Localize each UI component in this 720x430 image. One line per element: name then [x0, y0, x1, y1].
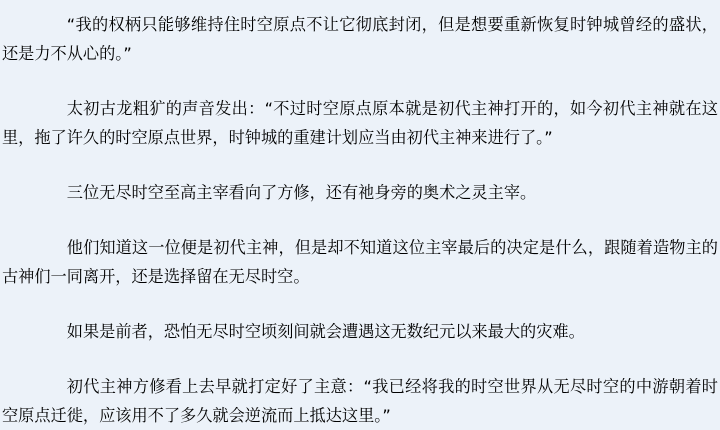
- novel-paragraph: “我的权柄只能够维持住时空原点不让它彻底封闭，但是想要重新恢复时钟城曾经的盛状，…: [2, 10, 718, 68]
- novel-paragraph: 太初古龙粗犷的声音发出：“不过时空原点原本就是初代主神打开的，如今初代主神就在这…: [2, 94, 718, 152]
- novel-paragraph: 初代主神方修看上去早就打定好了主意：“我已经将我的时空世界从无尽时空的中游朝着时…: [2, 372, 718, 430]
- novel-paragraph: 三位无尽时空至高主宰看向了方修，还有祂身旁的奥术之灵主宰。: [2, 178, 718, 207]
- novel-paragraph: 如果是前者，恐怕无尽时空顷刻间就会遭遇这无数纪元以来最大的灾难。: [2, 317, 718, 346]
- novel-reader-page: “我的权柄只能够维持住时空原点不让它彻底封闭，但是想要重新恢复时钟城曾经的盛状，…: [0, 0, 720, 430]
- novel-paragraph: 他们知道这一位便是初代主神，但是却不知道这位主宰最后的决定是什么，跟随着造物主的…: [2, 233, 718, 291]
